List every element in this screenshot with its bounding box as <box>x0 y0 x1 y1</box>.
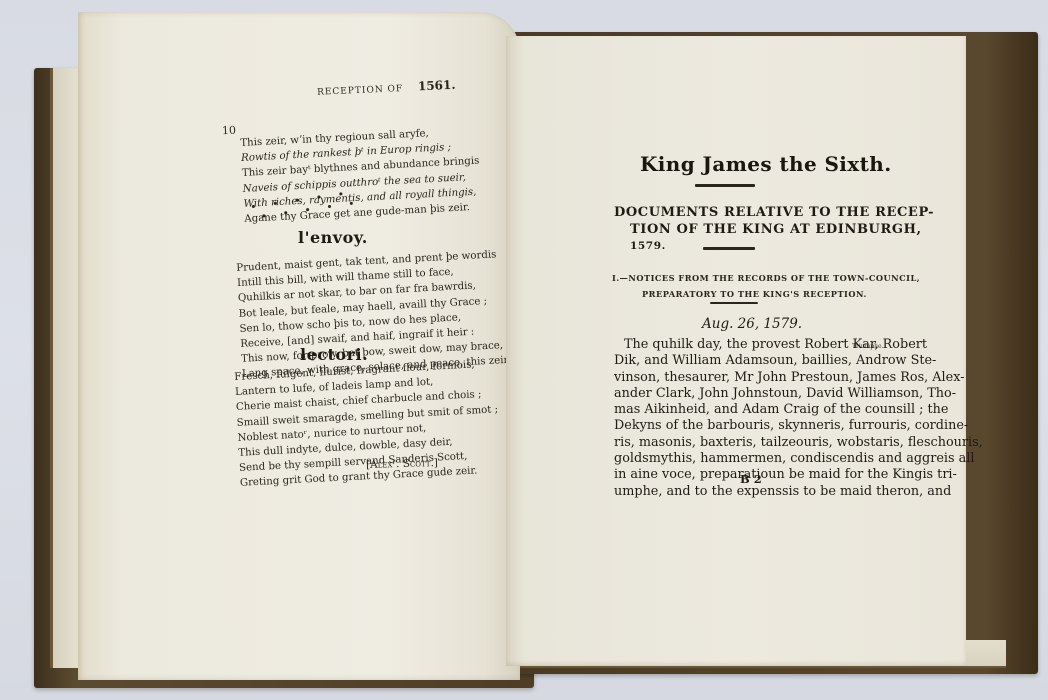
stanza-3: Fresch, fulgent, flurist, fragrant flour… <box>234 358 470 491</box>
heading-rule <box>703 247 755 250</box>
body-line: vinson, thesaurer, Mr John Prestoun, Jam… <box>614 370 876 386</box>
heading-line-1: DOCUMENTS RELATIVE TO THE RECEP- <box>614 204 904 221</box>
page-year: 1561. <box>418 78 456 94</box>
entry-date-text: Aug. 26, 1579. <box>702 316 802 332</box>
author-signature: [Alexʳ. Scott.] <box>366 457 438 471</box>
body-line: mas Aikinheid, and Adam Craig of the cou… <box>614 402 876 418</box>
notice-line-2: PREPARATORY TO THE KING'S RECEPTION. <box>612 286 912 302</box>
document-heading: DOCUMENTS RELATIVE TO THE RECEP- TION OF… <box>614 204 904 255</box>
body-line: Dik, and William Adamsoun, baillies, And… <box>614 353 876 369</box>
signature-mark: B 2 <box>740 472 762 486</box>
body-line: The quhilk day, the provest Robert Kar, … <box>614 337 876 353</box>
notice-rule <box>710 302 758 304</box>
body-line: goldsmythis, hammermen, condiscendis and… <box>614 451 876 467</box>
envoy-title: l'envoy. <box>298 228 368 247</box>
body-line: ris, masonis, baxteris, tailzeouris, wob… <box>614 435 876 451</box>
lectori-title: lectori. <box>300 345 368 364</box>
body-line: Dekyns of the barbouris, skynneris, furr… <box>614 418 876 434</box>
chapter-title: King James the Sixth. <box>640 152 892 176</box>
heading-line-2: TION OF THE KING AT EDINBURGH, <box>614 221 904 238</box>
title-rule <box>695 184 755 187</box>
section-notice: I.—NOTICES FROM THE RECORDS OF THE TOWN-… <box>612 270 912 302</box>
entry-date: Aug. 26, 1579. <box>702 316 802 332</box>
page-number: 10 <box>222 124 237 138</box>
body-line: umphe, and to the expenssis to be maid t… <box>614 484 876 500</box>
body-line: ander Clark, John Johnstoun, David Willi… <box>614 386 876 402</box>
heading-year: 1579. <box>614 238 904 255</box>
notice-line-1: I.—NOTICES FROM THE RECORDS OF THE TOWN-… <box>612 270 912 286</box>
